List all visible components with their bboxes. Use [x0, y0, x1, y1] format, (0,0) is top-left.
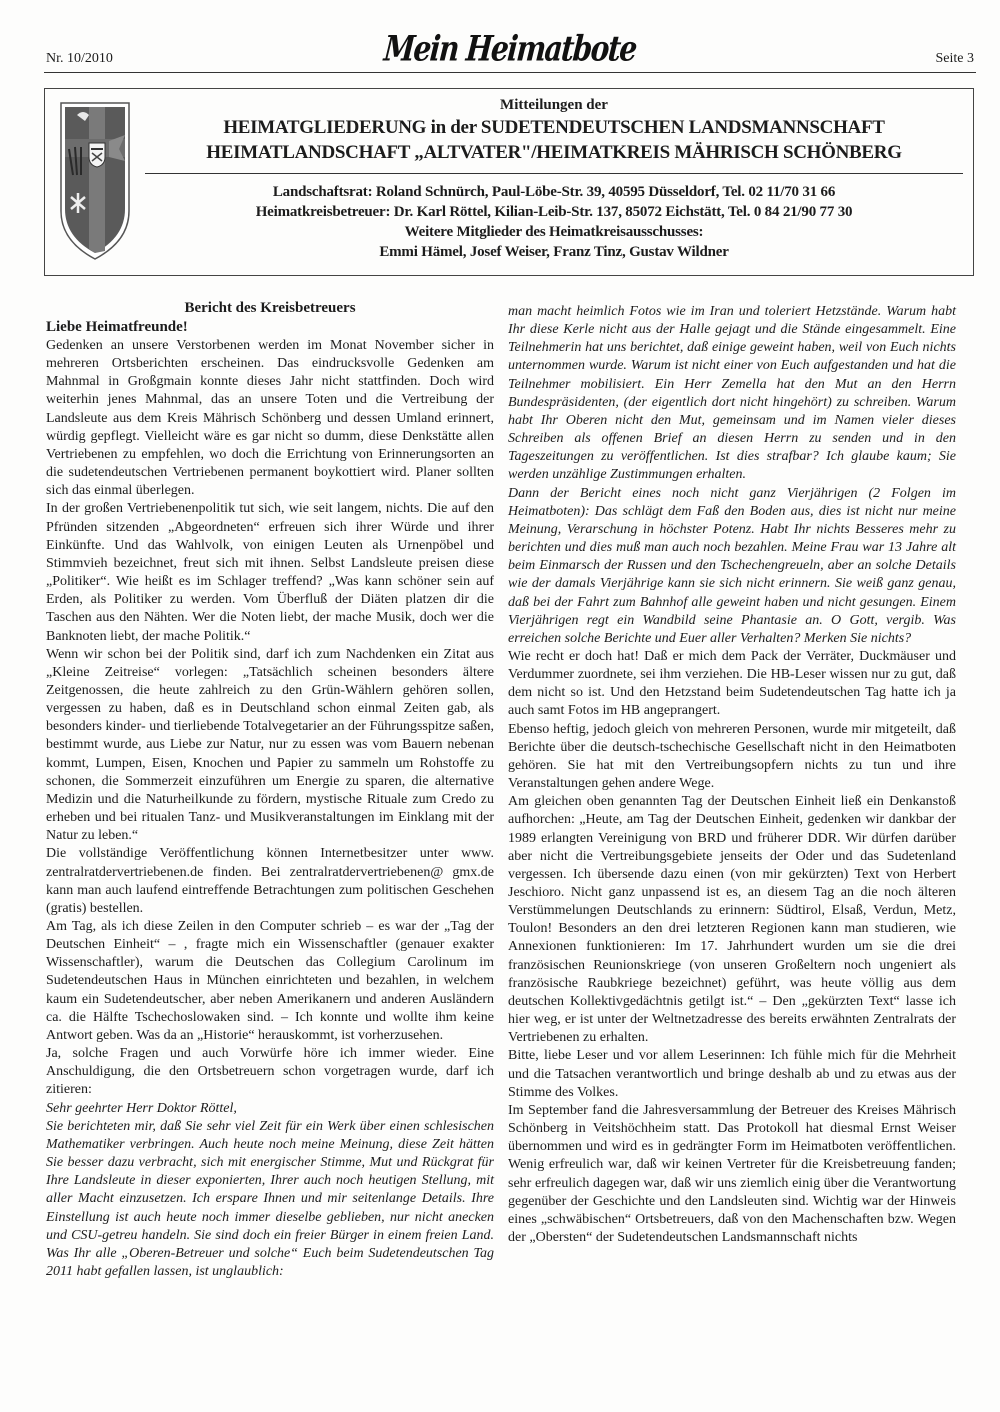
quoted-letter-paragraph: Sie berichteten mir, daß Sie sehr viel Z…: [46, 1118, 494, 1281]
paragraph: Gedenken an unsere Verstorbenen werden i…: [46, 337, 494, 500]
quoted-letter-paragraph: Dann der Bericht eines noch nicht ganz V…: [508, 485, 956, 648]
paragraph: Im September fand die Jahresversammlung …: [508, 1102, 956, 1247]
quoted-letter-greeting: Sehr geehrter Herr Doktor Röttel,: [46, 1100, 494, 1118]
contact-heimatkreisbetreuer: Heimatkreisbetreuer: Dr. Karl Röttel, Ki…: [145, 202, 963, 222]
paragraph: Die vollständige Veröffentlichung können…: [46, 845, 494, 918]
divider: [145, 173, 963, 174]
article-column-right: man macht heimlich Fotos wie im Iran und…: [508, 303, 956, 1247]
page-header: Nr. 10/2010 Mein Heimatbote Seite 3: [44, 40, 976, 73]
paragraph: Wenn wir schon bei der Politik sind, dar…: [46, 646, 494, 846]
committee-members: Emmi Hämel, Josef Weiser, Franz Tinz, Gu…: [145, 242, 963, 262]
committee-heading: Weitere Mitglieder des Heimatkreisaussch…: [145, 222, 963, 242]
paragraph: Am gleichen oben genannten Tag der Deuts…: [508, 793, 956, 1047]
page-number: Seite 3: [936, 51, 975, 67]
info-intro: Mitteilungen der: [145, 95, 963, 115]
association-info-box: Mitteilungen der HEIMATGLIEDERUNG in der…: [44, 88, 974, 276]
issue-number: Nr. 10/2010: [46, 51, 113, 67]
association-info-text: Mitteilungen der HEIMATGLIEDERUNG in der…: [145, 95, 963, 262]
article-title: Bericht des Kreisbetreuers: [46, 298, 494, 318]
contact-landschaftsrat: Landschaftsrat: Roland Schnürch, Paul-Lö…: [145, 182, 963, 202]
coat-of-arms-icon: [59, 101, 131, 261]
paragraph: In der großen Vertriebenenpolitik tut si…: [46, 500, 494, 645]
info-title-line-2: HEIMATLANDSCHAFT „ALTVATER"/HEIMATKREIS …: [145, 140, 963, 165]
paragraph: Am Tag, als ich diese Zeilen in den Comp…: [46, 918, 494, 1045]
paragraph: Wie recht er doch hat! Daß er mich dem P…: [508, 648, 956, 721]
paragraph: Ja, solche Fragen und auch Vorwürfe höre…: [46, 1045, 494, 1099]
masthead-logo: Mein Heimatbote: [382, 28, 637, 69]
article-salutation: Liebe Heimatfreunde!: [46, 318, 494, 337]
paragraph: Bitte, liebe Leser und vor allem Leserin…: [508, 1047, 956, 1101]
paragraph: Ebenso heftig, jedoch gleich von mehrere…: [508, 721, 956, 794]
quoted-letter-paragraph: man macht heimlich Fotos wie im Iran und…: [508, 303, 956, 485]
info-title-line-1: HEIMATGLIEDERUNG in der SUDETENDEUTSCHEN…: [145, 115, 963, 140]
article-column-left: Bericht des Kreisbetreuers Liebe Heimatf…: [46, 298, 494, 1281]
